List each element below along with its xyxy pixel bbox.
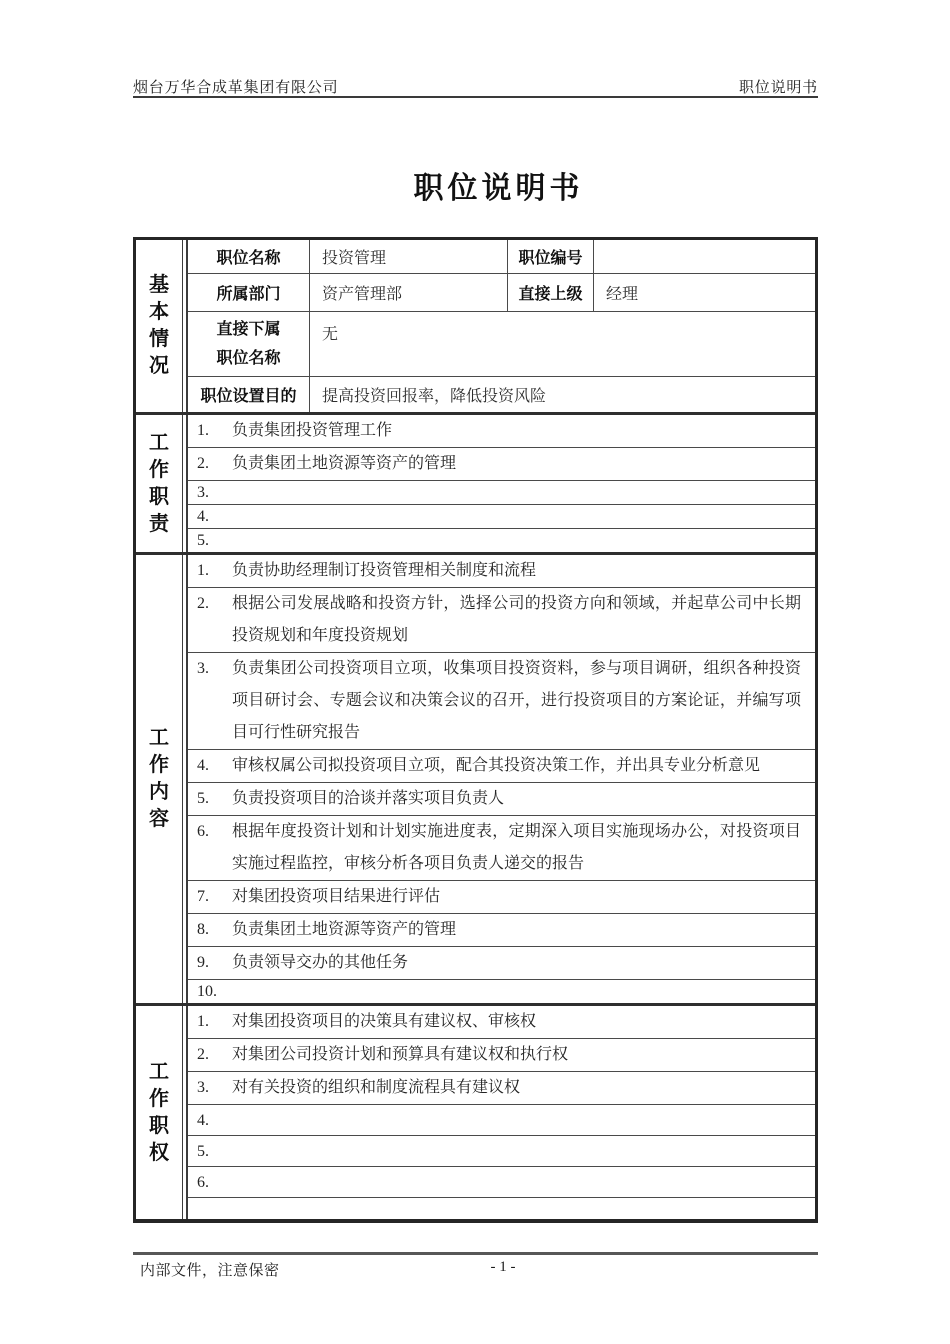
item-number: 1. [197,555,209,587]
footer-rule [133,1252,818,1255]
item-text: 对集团公司投资计划和预算具有建议权和执行权 [232,1046,568,1063]
item-row: 8.负责集团土地资源等资产的管理 [188,913,815,946]
purpose-label: 职位设置目的 [188,377,310,412]
item-row: 4.审核权属公司拟投资项目立项，配合其投资决策工作，并出具专业分析意见 [188,749,815,782]
item-row: 2.根据公司发展战略和投资方针，选择公司的投资方向和领域，并起草公司中长期投资规… [188,587,815,652]
basic-info-row-3: 直接下属 职位名称 无 [188,311,815,376]
subordinate-label-line1: 直接下属 [216,315,280,344]
item-number: 5. [197,1136,209,1168]
header-doc-label: 职位说明书 [739,76,818,97]
section-label-duties: 工作职责 [136,415,183,552]
authorities-list: 1.对集团投资项目的决策具有建议权、审核权2.对集团公司投资计划和预算具有建议权… [186,1006,815,1219]
subordinate-label: 直接下属 职位名称 [188,312,310,376]
item-number: 4. [197,1105,209,1137]
section-label-authorities: 工作职权 [136,1006,183,1219]
item-number: 4. [197,750,209,782]
item-number: 2. [197,448,209,480]
section-authorities: 工作职权 1.对集团投资项目的决策具有建议权、审核权2.对集团公司投资计划和预算… [136,1003,815,1219]
section-label-text: 工作职权 [149,1059,169,1167]
page-title: 职位说明书 [133,163,818,207]
item-row: 3.对有关投资的组织和制度流程具有建议权 [188,1071,815,1104]
item-text: 负责协助经理制订投资管理相关制度和流程 [232,562,536,579]
item-row: 5. [188,1135,815,1166]
item-number: 2. [197,588,209,620]
item-row: 2.负责集团土地资源等资产的管理 [188,447,815,480]
item-row [188,1197,815,1219]
job-code-value [594,240,815,273]
item-row: 7.对集团投资项目结果进行评估 [188,880,815,913]
item-text: 负责集团公司投资项目立项，收集项目投资资料，参与项目调研，组织各种投资项目研讨会… [232,660,801,741]
item-text: 根据公司发展战略和投资方针，选择公司的投资方向和领域，并起草公司中长期投资规划和… [232,595,801,644]
item-text: 审核权属公司拟投资项目立项，配合其投资决策工作，并出具专业分析意见 [232,757,760,774]
item-row: 5. [188,528,815,552]
item-number: 2. [197,1039,209,1071]
department-label: 所属部门 [188,274,310,311]
item-number: 10. [197,980,217,1004]
supervisor-value: 经理 [594,274,815,311]
item-number: 5. [197,783,209,815]
section-label-work-contents: 工作内容 [136,555,183,1003]
basic-info-body: 职位名称 投资管理 职位编号 所属部门 资产管理部 直接上级 经理 直接下属 职… [186,240,815,412]
item-text: 对集团投资项目结果进行评估 [232,888,440,905]
item-text: 负责集团土地资源等资产的管理 [232,455,456,472]
item-row: 3.负责集团公司投资项目立项，收集项目投资资料，参与项目调研，组织各种投资项目研… [188,652,815,749]
item-number: 7. [197,881,209,913]
item-text: 对有关投资的组织和制度流程具有建议权 [232,1079,520,1096]
section-basic-info: 基本情况 职位名称 投资管理 职位编号 所属部门 资产管理部 直接上级 经理 [136,240,815,412]
item-number: 1. [197,415,209,447]
department-value: 资产管理部 [310,274,508,311]
basic-info-row-1: 职位名称 投资管理 职位编号 [188,240,815,273]
item-text: 对集团投资项目的决策具有建议权、审核权 [232,1013,536,1030]
subordinate-value: 无 [310,312,815,376]
section-work-contents: 工作内容 1.负责协助经理制订投资管理相关制度和流程2.根据公司发展战略和投资方… [136,552,815,1003]
item-row: 1.对集团投资项目的决策具有建议权、审核权 [188,1006,815,1038]
item-number: 5. [197,529,209,553]
purpose-value: 提高投资回报率，降低投资风险 [310,377,815,412]
item-row: 10. [188,979,815,1003]
section-label-text: 基本情况 [149,272,169,380]
item-text: 负责领导交办的其他任务 [232,954,408,971]
item-row: 6.根据年度投资计划和计划实施进度表，定期深入项目实施现场办公，对投资项目实施过… [188,815,815,880]
item-number: 3. [197,481,209,505]
subordinate-label-line2: 职位名称 [216,344,280,373]
header-rule [133,96,818,98]
item-number: 3. [197,653,209,685]
item-number: 8. [197,914,209,946]
document-page: 烟台万华合成革集团有限公司 职位说明书 职位说明书 基本情况 职位名称 投资管理… [0,0,950,1344]
item-row: 9.负责领导交办的其他任务 [188,946,815,979]
item-text: 负责集团投资管理工作 [232,422,392,439]
duties-list: 1.负责集团投资管理工作2.负责集团土地资源等资产的管理3.4.5. [186,415,815,552]
header-company-name: 烟台万华合成革集团有限公司 [133,76,338,97]
item-row: 1.负责协助经理制订投资管理相关制度和流程 [188,555,815,587]
section-duties: 工作职责 1.负责集团投资管理工作2.负责集团土地资源等资产的管理3.4.5. [136,412,815,552]
item-row: 1.负责集团投资管理工作 [188,415,815,447]
item-number: 9. [197,947,209,979]
item-row: 3. [188,480,815,504]
item-number: 3. [197,1072,209,1104]
item-number: 6. [197,1167,209,1199]
section-label-basic-info: 基本情况 [136,240,183,412]
job-description-table: 基本情况 职位名称 投资管理 职位编号 所属部门 资产管理部 直接上级 经理 [133,237,818,1223]
item-number: 4. [197,505,209,529]
section-label-text: 工作职责 [149,430,169,538]
item-row: 5.负责投资项目的洽谈并落实项目负责人 [188,782,815,815]
page-header: 烟台万华合成革集团有限公司 职位说明书 [133,76,818,97]
basic-info-row-4: 职位设置目的 提高投资回报率，降低投资风险 [188,376,815,412]
item-number: 1. [197,1006,209,1038]
work-contents-list: 1.负责协助经理制订投资管理相关制度和流程2.根据公司发展战略和投资方针，选择公… [186,555,815,1003]
item-row: 6. [188,1166,815,1197]
item-row: 4. [188,504,815,528]
supervisor-label: 直接上级 [508,274,594,311]
item-number: 6. [197,816,209,848]
basic-info-row-2: 所属部门 资产管理部 直接上级 经理 [188,273,815,311]
item-text: 负责投资项目的洽谈并落实项目负责人 [232,790,504,807]
job-title-value: 投资管理 [310,240,508,273]
job-title-label: 职位名称 [188,240,310,273]
item-row: 2.对集团公司投资计划和预算具有建议权和执行权 [188,1038,815,1071]
section-label-text: 工作内容 [149,725,169,833]
item-text: 根据年度投资计划和计划实施进度表，定期深入项目实施现场办公，对投资项目实施过程监… [232,823,801,872]
item-row: 4. [188,1104,815,1135]
job-code-label: 职位编号 [508,240,594,273]
item-text: 负责集团土地资源等资产的管理 [232,921,456,938]
footer-page-number: - 1 - [133,1259,818,1276]
